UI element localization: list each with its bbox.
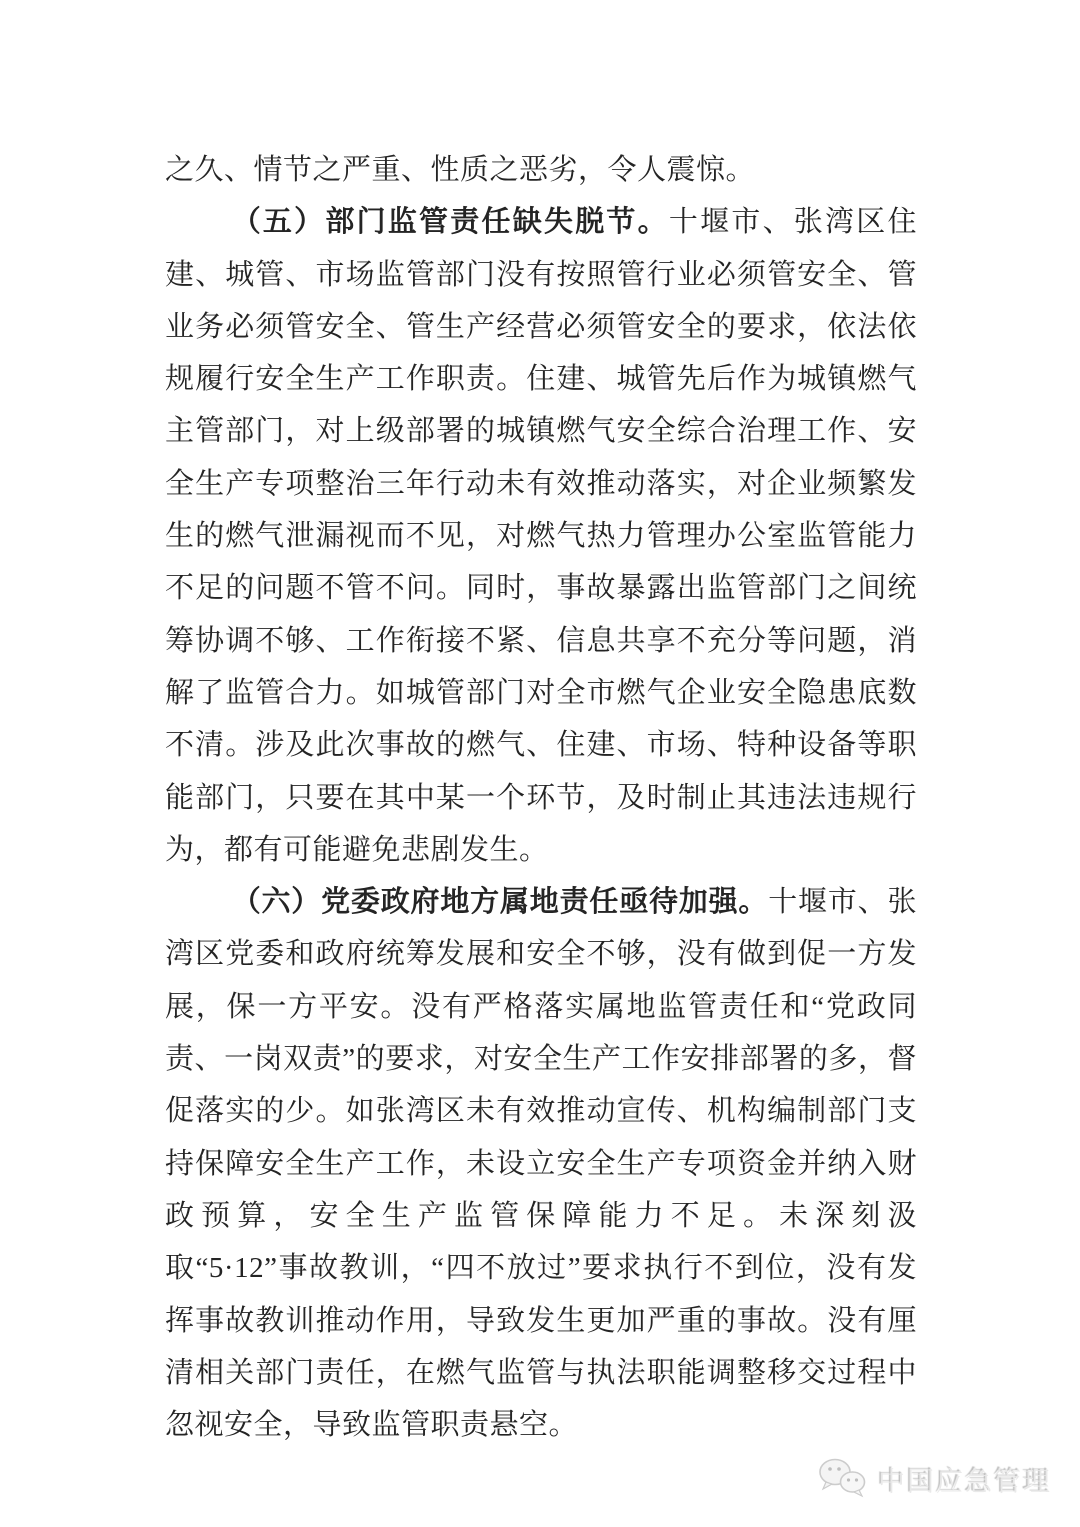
paragraph: （六）党委政府地方属地责任亟待加强。十堰市、张湾区党委和政府统筹发展和安全不够，… xyxy=(165,876,917,1451)
paragraph-text: 十堰市、张湾区住建、城管、市场监管部门没有按照管行业必须管安全、管业务必须管安全… xyxy=(165,206,917,866)
paragraph: （五）部门监管责任缺失脱节。十堰市、张湾区住建、城管、市场监管部门没有按照管行业… xyxy=(165,196,917,876)
document-body: 之久、情节之严重、性质之恶劣，令人震惊。（五）部门监管责任缺失脱节。十堰市、张湾… xyxy=(165,144,917,1451)
paragraph-text: 之久、情节之严重、性质之恶劣，令人震惊。 xyxy=(165,154,755,186)
wechat-icon xyxy=(818,1458,868,1500)
paragraph: 之久、情节之严重、性质之恶劣，令人震惊。 xyxy=(165,144,917,196)
paragraph-text: 十堰市、张湾区党委和政府统筹发展和安全不够，没有做到促一方发展，保一方平安。没有… xyxy=(165,886,917,1441)
watermark-text: 中国应急管理 xyxy=(878,1460,1052,1499)
watermark: 中国应急管理 xyxy=(818,1458,1052,1500)
document-page: 之久、情节之严重、性质之恶劣，令人震惊。（五）部门监管责任缺失脱节。十堰市、张湾… xyxy=(0,0,1080,1527)
section-heading: （五）部门监管责任缺失脱节。 xyxy=(232,206,669,238)
section-heading: （六）党委政府地方属地责任亟待加强。 xyxy=(232,886,769,918)
